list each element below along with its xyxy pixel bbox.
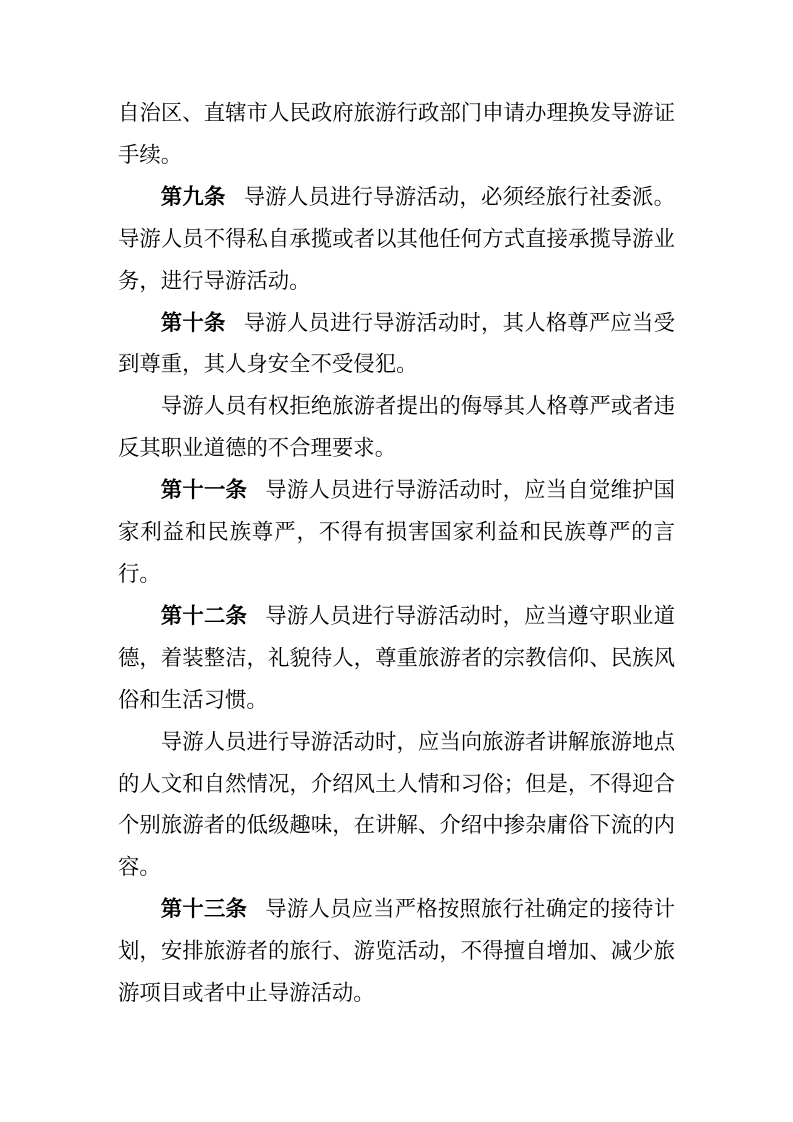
paragraph-text: 导游人员有权拒绝旅游者提出的侮辱其人格尊严或者违反其职业道德的不合理要求。	[118, 394, 675, 460]
paragraph: 导游人员有权拒绝旅游者提出的侮辱其人格尊严或者违反其职业道德的不合理要求。	[118, 386, 675, 470]
paragraph: 第十一条导游人员进行导游活动时，应当自觉维护国家利益和民族尊严，不得有损害国家利…	[118, 470, 675, 596]
article-number: 第十一条	[161, 478, 247, 502]
article-number: 第十二条	[161, 604, 247, 628]
article-number: 第九条	[161, 185, 226, 209]
article-number: 第十三条	[161, 897, 247, 921]
paragraph: 第九条导游人员进行导游活动，必须经旅行社委派。导游人员不得私自承揽或者以其他任何…	[118, 177, 675, 303]
paragraph: 导游人员进行导游活动时，应当向旅游者讲解旅游地点的人文和自然情况，介绍风土人情和…	[118, 722, 675, 890]
document-page: 自治区、直辖市人民政府旅游行政部门申请办理换发导游证手续。第九条导游人员进行导游…	[0, 0, 793, 1122]
article-number: 第十条	[161, 311, 226, 335]
paragraph: 自治区、直辖市人民政府旅游行政部门申请办理换发导游证手续。	[118, 93, 675, 177]
paragraph-text: 自治区、直辖市人民政府旅游行政部门申请办理换发导游证手续。	[118, 101, 675, 167]
paragraph-text: 导游人员进行导游活动时，应当向旅游者讲解旅游地点的人文和自然情况，介绍风土人情和…	[118, 730, 675, 880]
paragraph: 第十条导游人员进行导游活动时，其人格尊严应当受到尊重，其人身安全不受侵犯。	[118, 303, 675, 387]
paragraph: 第十二条导游人员进行导游活动时，应当遵守职业道德，着装整洁，礼貌待人，尊重旅游者…	[118, 596, 675, 722]
paragraph: 第十三条导游人员应当严格按照旅行社确定的接待计划，安排旅游者的旅行、游览活动，不…	[118, 889, 675, 1015]
document-body: 自治区、直辖市人民政府旅游行政部门申请办理换发导游证手续。第九条导游人员进行导游…	[118, 93, 675, 1015]
